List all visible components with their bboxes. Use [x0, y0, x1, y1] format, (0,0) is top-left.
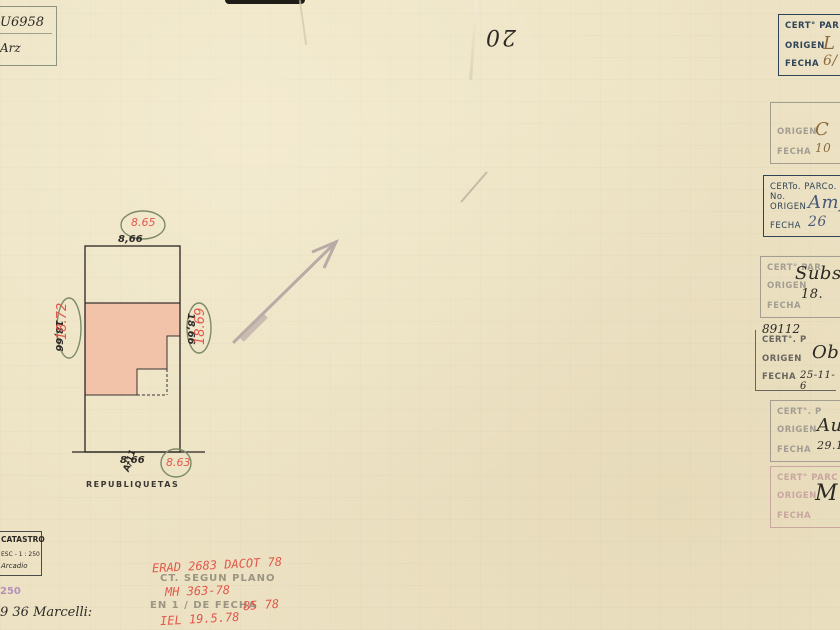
- right-dimension-corrected: 18.69: [193, 308, 208, 345]
- catastro-stamp: CATASTRO ESC - 1 : 250 Arcadio: [0, 531, 42, 576]
- cert-date-value: 29.1: [817, 439, 840, 452]
- cert-date-label: FECHA: [767, 301, 801, 311]
- cert-origin-value: Subsis: [795, 263, 840, 284]
- cert-origin-label: ORIGEN: [770, 202, 806, 212]
- cert-origin-label: ORIGEN: [777, 491, 817, 501]
- cert-stamp: CERT°. P ORIGEN FECHA Au 29.1: [770, 400, 840, 462]
- cert-origin-label: ORIGEN: [777, 425, 817, 435]
- cert-date-label: FECHA: [762, 372, 796, 382]
- cert-date-value: 18.: [801, 287, 823, 302]
- cert-date-label: FECHA: [785, 59, 819, 69]
- cert-stamp: CERT° PARC ORIGEN FECHA M: [770, 466, 840, 528]
- cert-date-value: 10: [815, 141, 831, 155]
- cert-date-value: 26: [808, 214, 827, 230]
- cert-origin-value: M: [815, 481, 838, 506]
- cert-date-value: 25-11-6: [800, 370, 836, 392]
- plot-drawing: [0, 0, 840, 630]
- cert-label: CERT°. P: [777, 407, 822, 417]
- cert-origin-value: Au: [817, 415, 840, 436]
- cert-date-label: FECHA: [777, 445, 811, 455]
- cert-stamp: CERT° PAR ORIGEN FECHA Subsis 18.: [760, 256, 840, 318]
- cert-stamp: CERT°. P ORIGEN FECHA Ob 25-11-6: [755, 330, 836, 391]
- bottom-dimension-corrected: 8.63: [166, 456, 191, 469]
- cert-origin-label: ORIGEN: [762, 354, 802, 364]
- top-dimension-corrected: 8.65: [131, 216, 156, 229]
- cert-date-label: FECHA: [777, 147, 811, 157]
- cert-date-label: FECHA: [777, 511, 811, 521]
- cert-origin-value: L: [823, 33, 835, 54]
- cert-stamp: ORIGEN FECHA C 10: [770, 102, 840, 164]
- top-dimension: 8,66: [118, 234, 143, 245]
- plan-stamp-line: EN 1 / DE FECHA: [150, 600, 257, 611]
- catastro-signature: Arcadio: [1, 562, 27, 570]
- cert-origin-label: ORIGEN: [777, 127, 817, 137]
- street-label: REPUBLIQUETAS: [86, 480, 179, 489]
- cert-stamp: CERTo. PARCo. No. ORIGEN FECHA Amf 26: [763, 175, 840, 237]
- cert-label: CERT°. P: [762, 335, 807, 345]
- red-annotation: MH 363-78: [165, 583, 230, 599]
- catastro-scale: ESC - 1 : 250: [1, 551, 40, 558]
- red-annotation: 85 78: [243, 597, 280, 613]
- cert-label: CERT° PAR: [785, 21, 839, 31]
- cert-date-value: 6/: [823, 53, 838, 69]
- cert-origin-value: Ob: [812, 342, 839, 363]
- left-dimension-corrected: 18.72: [55, 303, 70, 340]
- sheet-number: 250: [0, 586, 21, 597]
- cert-origin-value: C: [815, 119, 829, 140]
- handwritten-note: 9 36 Marcelli:: [0, 605, 92, 620]
- cert-stamp: CERT° PAR ORIGEN FECHA L 6/: [778, 14, 840, 76]
- cert-date-label: FECHA: [770, 221, 801, 231]
- cert-origin-label: ORIGEN: [785, 41, 825, 51]
- cert-origin-value: Amf: [808, 192, 840, 213]
- catastro-title: CATASTRO: [1, 535, 45, 544]
